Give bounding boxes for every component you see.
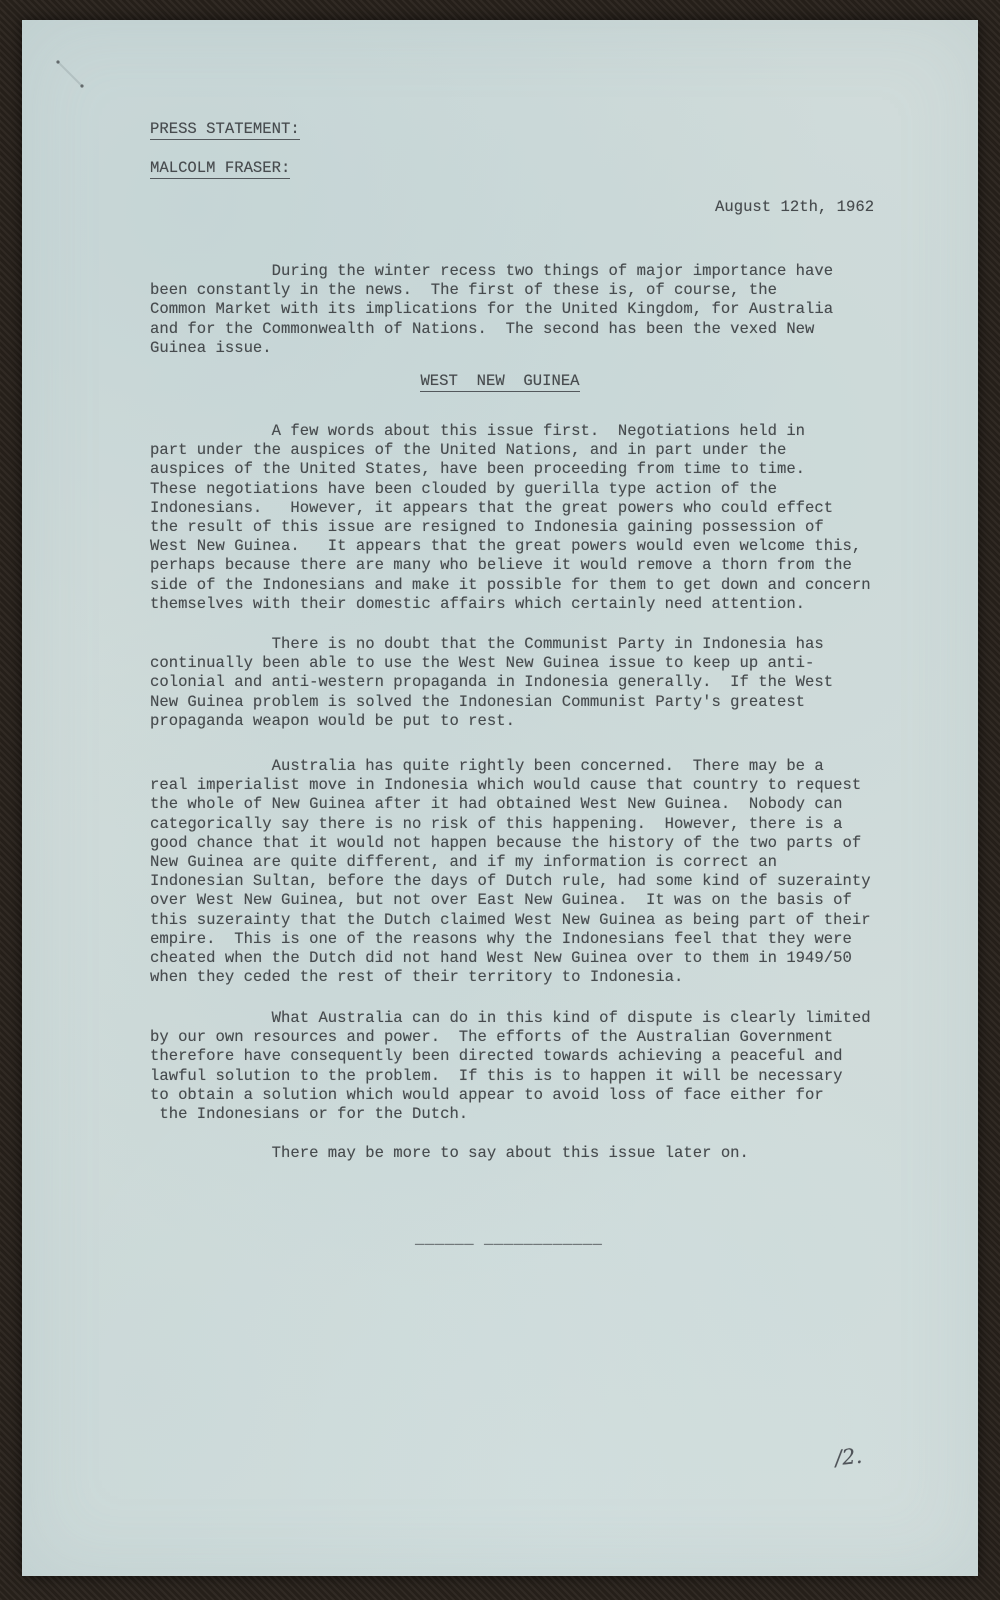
author-heading: MALCOLM FRASER: [150,159,290,178]
paragraph-negotiations: A few words about this issue first. Nego… [150,422,871,614]
author-heading-text: MALCOLM FRASER: [150,159,290,179]
document-type-heading-text: PRESS STATEMENT: [150,120,300,140]
date-line: August 12th, 1962 [715,198,874,217]
handwritten-page-number: /2. [834,1447,863,1469]
scan-background: PRESS STATEMENT: MALCOLM FRASER: August … [0,0,1000,1600]
section-heading-text: WEST NEW GUINEA [420,372,579,392]
paragraph-australia-concern: Australia has quite rightly been concern… [150,757,871,987]
document-page: PRESS STATEMENT: MALCOLM FRASER: August … [22,20,978,1576]
separator-line: ______ ____________ [415,1230,602,1249]
paragraph-australia-limits: What Australia can do in this kind of di… [150,1009,871,1124]
paragraph-communist-party: There is no doubt that the Communist Par… [150,635,833,731]
paragraph-closing: There may be more to say about this issu… [150,1144,749,1163]
paragraph-intro: During the winter recess two things of m… [150,262,833,358]
document-type-heading: PRESS STATEMENT: [150,120,300,139]
section-heading: WEST NEW GUINEA [150,372,850,391]
pinhole-mark [52,56,92,96]
